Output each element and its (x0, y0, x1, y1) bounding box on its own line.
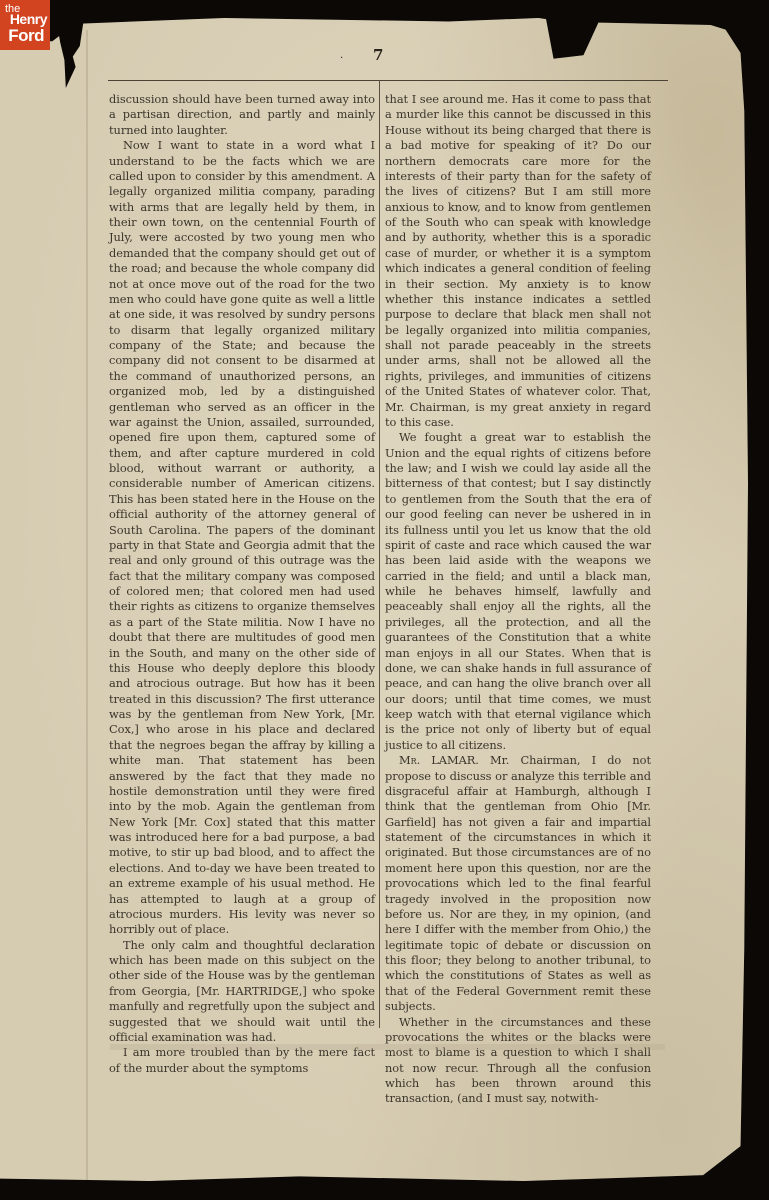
paragraph: The only calm and thoughtful declaration… (109, 938, 375, 1046)
speech-text: Mr. Chairman, I do not propose to discus… (385, 753, 651, 1013)
binding-shadow (86, 30, 88, 1180)
lamar-paragraph: Mr. LAMAR. Mr. Chairman, I do not propos… (385, 753, 651, 1014)
bleed-through-line (110, 1044, 665, 1050)
header-marker: . (340, 50, 343, 61)
right-column: that I see around me. Has it come to pas… (385, 92, 651, 1107)
henry-ford-logo[interactable]: the Henry Ford (0, 0, 50, 50)
paragraph: Whether in the circumstances and these p… (385, 1015, 651, 1107)
logo-text-henry: Henry (10, 12, 47, 26)
left-column: discussion should have been turned away … (109, 92, 375, 1076)
column-divider (379, 80, 380, 1028)
paragraph: Now I want to state in a word what I und… (109, 138, 375, 938)
paragraph: We fought a great war to establish the U… (385, 430, 651, 753)
logo-text-ford: Ford (8, 27, 44, 44)
paragraph: discussion should have been turned away … (109, 92, 375, 138)
paragraph: that I see around me. Has it come to pas… (385, 92, 651, 430)
header-rule (108, 80, 668, 81)
speaker-name: Mr. LAMAR. (399, 753, 479, 767)
page-number: 7 (373, 46, 383, 64)
